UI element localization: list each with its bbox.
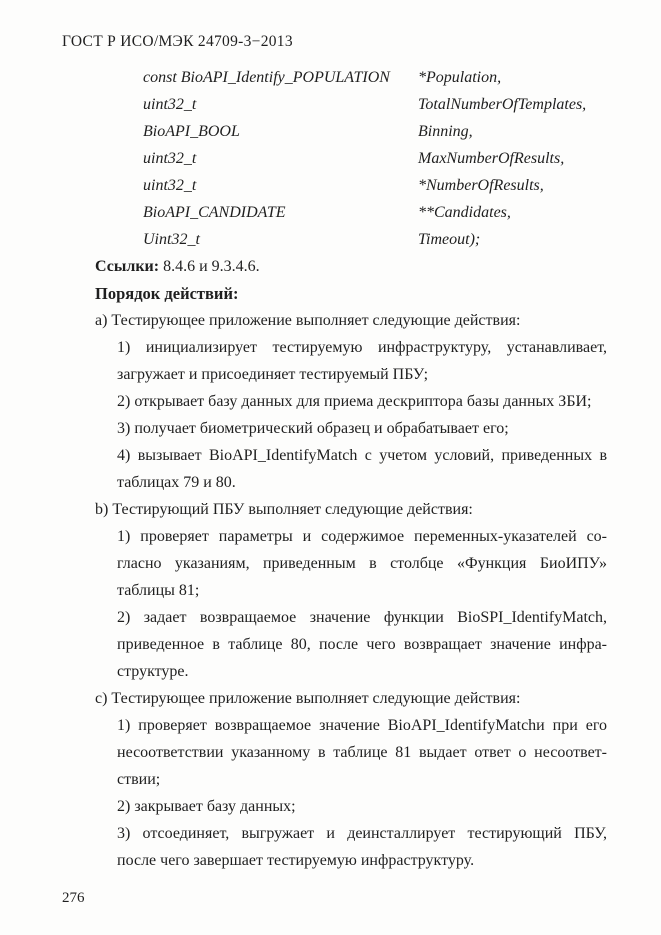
code-type: BioAPI_BOOL (143, 118, 418, 145)
code-type: uint32_t (143, 91, 418, 118)
item-line: 2) открывает базу данных для приема деск… (117, 388, 607, 415)
item-line: 1) инициализирует тестируемую инфраструк… (117, 334, 607, 361)
item-line: гласно указаниям, приведенным в столбце … (117, 550, 607, 577)
code-line: BioAPI_CANDIDATE **Candidates, (143, 199, 607, 226)
code-param: *Population, (418, 64, 501, 91)
procedure-heading: Порядок действий: (95, 280, 607, 307)
code-line: BioAPI_BOOL Binning, (143, 118, 607, 145)
section-intro: b) Тестирующий ПБУ выполняет следующие д… (95, 496, 607, 523)
procedure-item: 2) закрывает базу данных; (62, 793, 607, 820)
item-line: 3) отсоединяет, выгружает и деинсталлиру… (117, 820, 607, 847)
procedure-item: 1) проверяет параметры и содержимое пере… (62, 523, 607, 604)
code-line: Uint32_t Timeout); (143, 226, 607, 253)
procedure-section-a: a) Тестирующее приложение выполняет след… (62, 307, 607, 496)
code-param: Timeout); (418, 226, 480, 253)
procedure-item: 1) проверяет возвращаемое значение BioAP… (62, 712, 607, 793)
item-line: 1) проверяет возвращаемое значение BioAP… (117, 712, 607, 739)
code-type: uint32_t (143, 172, 418, 199)
code-type: BioAPI_CANDIDATE (143, 199, 418, 226)
item-line: загружает и присоединяет тестируемый ПБУ… (117, 361, 607, 388)
code-line: uint32_t TotalNumberOfTemplates, (143, 91, 607, 118)
item-line: приведенное в таблице 80, после чего воз… (117, 631, 607, 658)
procedure-item: 2) открывает базу данных для приема деск… (62, 388, 607, 415)
document-page: ГОСТ Р ИСО/МЭК 24709-3−2013 const BioAPI… (0, 0, 661, 935)
references-line: Ссылки: 8.4.6 и 9.3.4.6. (95, 253, 607, 280)
references-text: 8.4.6 и 9.3.4.6. (163, 258, 260, 275)
procedure-section-b: b) Тестирующий ПБУ выполняет следующие д… (62, 496, 607, 685)
code-block: const BioAPI_Identify_POPULATION *Popula… (143, 64, 607, 253)
item-line: 2) закрывает базу данных; (117, 793, 607, 820)
procedure-item: 1) инициализирует тестируемую инфраструк… (62, 334, 607, 388)
references-label: Ссылки: (95, 258, 159, 275)
item-line: 2) задает возвращаемое значение функции … (117, 604, 607, 631)
procedure-item: 3) получает биометрический образец и обр… (62, 415, 607, 442)
code-type: const BioAPI_Identify_POPULATION (143, 64, 418, 91)
item-line: структуре. (117, 658, 607, 685)
code-line: const BioAPI_Identify_POPULATION *Popula… (143, 64, 607, 91)
item-line: 3) получает биометрический образец и обр… (117, 415, 607, 442)
section-intro: a) Тестирующее приложение выполняет след… (95, 307, 607, 334)
code-param: MaxNumberOfResults, (418, 145, 564, 172)
procedure-section-c: c) Тестирующее приложение выполняет след… (62, 685, 607, 874)
procedure-item: 3) отсоединяет, выгружает и деинсталлиру… (62, 820, 607, 874)
section-intro: c) Тестирующее приложение выполняет след… (95, 685, 607, 712)
item-line: 1) проверяет параметры и содержимое пере… (117, 523, 607, 550)
code-param: Binning, (418, 118, 473, 145)
item-line: после чего завершает тестируемую инфраст… (117, 847, 607, 874)
code-type: uint32_t (143, 145, 418, 172)
code-line: uint32_t MaxNumberOfResults, (143, 145, 607, 172)
item-line: ствии; (117, 766, 607, 793)
item-line: таблицы 81; (117, 577, 607, 604)
page-number: 276 (62, 888, 607, 908)
code-param: **Candidates, (418, 199, 511, 226)
code-type: Uint32_t (143, 226, 418, 253)
item-line: таблицах 79 и 80. (117, 469, 607, 496)
item-line: несоответствии указанному в таблице 81 в… (117, 739, 607, 766)
document-header: ГОСТ Р ИСО/МЭК 24709-3−2013 (62, 32, 607, 52)
code-param: *NumberOfResults, (418, 172, 544, 199)
item-line: 4) вызывает BioAPI_IdentifyMatch с учето… (117, 442, 607, 469)
code-param: TotalNumberOfTemplates, (418, 91, 586, 118)
procedure-item: 2) задает возвращаемое значение функции … (62, 604, 607, 685)
code-line: uint32_t *NumberOfResults, (143, 172, 607, 199)
procedure-item: 4) вызывает BioAPI_IdentifyMatch с учето… (62, 442, 607, 496)
